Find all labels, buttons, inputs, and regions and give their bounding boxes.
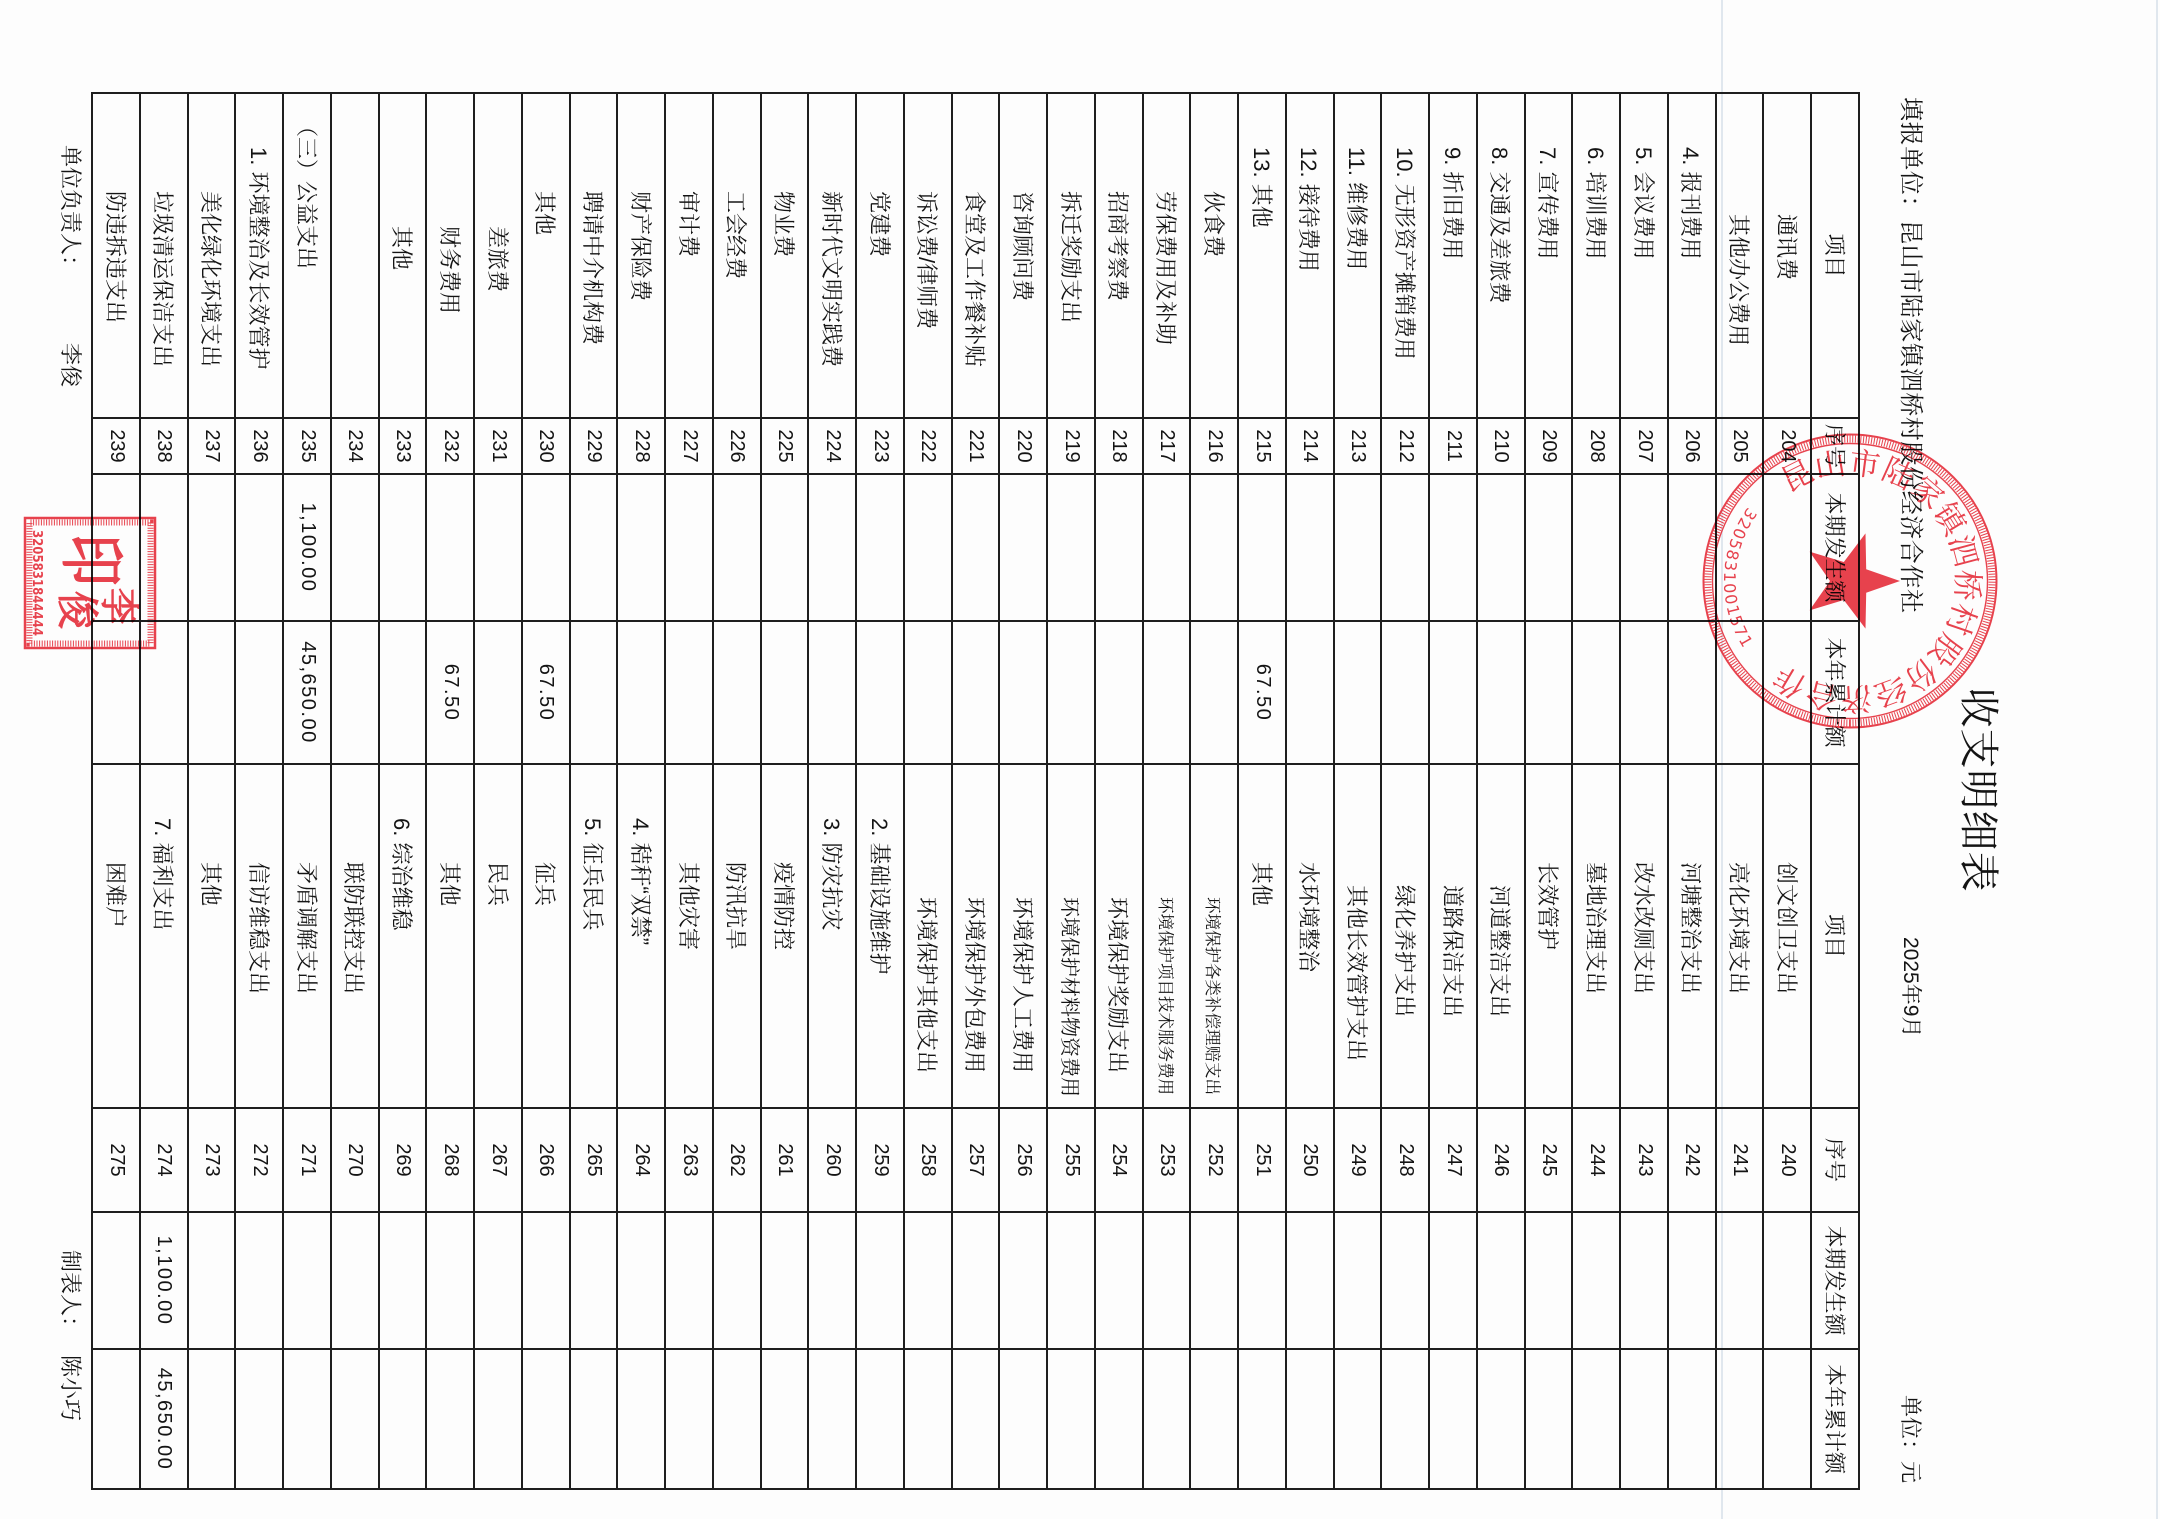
left-ytd-cell	[1573, 621, 1621, 764]
left-item-label: 劳保费用及补助	[1151, 191, 1182, 345]
header-ytd-right: 本年累计额	[1811, 1349, 1859, 1489]
left-item-label: （三）公益支出	[292, 115, 323, 269]
right-seq-cell: 264	[618, 1108, 666, 1212]
seal-char-given-name: 俊	[52, 591, 100, 629]
right-seq-cell: 259	[856, 1108, 904, 1212]
header-item-left: 项目	[1811, 93, 1859, 418]
left-ytd-cell	[1000, 621, 1048, 764]
left-seq-cell: 230	[522, 418, 570, 474]
left-item-label: 财务费用	[435, 226, 466, 314]
left-current-cell	[1525, 474, 1573, 621]
left-ytd-cell	[1047, 621, 1095, 764]
left-item-cell: 通讯费	[1764, 93, 1812, 418]
right-seq-cell: 273	[188, 1108, 236, 1212]
left-item-label: 垃圾清运保洁支出	[148, 191, 179, 367]
left-ytd-cell: 67.50	[522, 621, 570, 764]
right-ytd-cell	[92, 1349, 140, 1489]
left-current-cell	[1143, 474, 1191, 621]
header-seq-right: 序号	[1811, 1108, 1859, 1212]
left-current-cell	[522, 474, 570, 621]
right-item-cell: 4. 秸秆“双禁”	[618, 764, 666, 1108]
right-item-label: 水环境整治	[1294, 862, 1325, 972]
left-item-label: 财产保险费	[626, 191, 657, 301]
right-seq-cell: 261	[761, 1108, 809, 1212]
right-seq-cell: 249	[1334, 1108, 1382, 1212]
reporting-unit-label: 填报单位：	[1897, 97, 1924, 220]
right-ytd-cell	[1286, 1349, 1334, 1489]
right-ytd-cell	[1000, 1349, 1048, 1489]
header-item-right: 项目	[1811, 764, 1859, 1108]
seal-code-text: 3205831001571	[1720, 505, 1761, 651]
right-item-label: 墓地治理支出	[1581, 862, 1612, 994]
right-seq-cell: 254	[1095, 1108, 1143, 1212]
left-item-label: 工会经费	[721, 191, 752, 279]
right-item-label: 2. 基础设施维护	[865, 818, 896, 974]
left-seq-cell: 229	[570, 418, 618, 474]
left-item-cell: 差旅费	[474, 93, 522, 418]
right-current-cell	[1573, 1212, 1621, 1349]
table-row: 拆迁奖励支出219环境保护材料物资费用255	[1047, 93, 1095, 1489]
left-item-label: 诉讼费/律师费	[912, 191, 943, 329]
right-current-cell	[1525, 1212, 1573, 1349]
right-item-cell: 联防联控支出	[331, 764, 379, 1108]
right-item-label: 环境保护奖励支出	[1103, 897, 1134, 1073]
right-ytd-cell	[1191, 1349, 1239, 1489]
right-current-cell	[236, 1212, 284, 1349]
left-item-label: 9. 折旧费用	[1438, 147, 1469, 259]
right-item-cell: 河道整洁支出	[1477, 764, 1525, 1108]
left-seq-cell: 207	[1620, 418, 1668, 474]
left-item-cell	[331, 93, 379, 418]
right-ytd-cell: 45,650.00	[140, 1349, 188, 1489]
left-ytd-cell	[1095, 621, 1143, 764]
right-item-label: 矛盾调解支出	[292, 862, 323, 994]
right-seq-cell: 268	[427, 1108, 475, 1212]
left-ytd-cell	[1382, 621, 1430, 764]
left-current-cell	[427, 474, 475, 621]
left-item-label: 4. 报刊费用	[1676, 147, 1707, 259]
right-item-cell: 其他	[427, 764, 475, 1108]
table-header: 项目 序号 本期发生额 本年累计额 项目 序号 本期发生额 本年累计额	[1811, 93, 1859, 1489]
seal-char-surname: 李	[96, 588, 142, 624]
right-ytd-cell	[522, 1349, 570, 1489]
right-item-cell: 其他	[188, 764, 236, 1108]
left-item-cell: 财务费用	[427, 93, 475, 418]
right-item-label: 征兵	[530, 862, 561, 906]
table-row: 13. 其他21567.50其他251	[1238, 93, 1286, 1489]
left-item-cell: 9. 折旧费用	[1429, 93, 1477, 418]
left-seq-cell: 222	[904, 418, 952, 474]
left-current-cell	[952, 474, 1000, 621]
left-ytd-cell	[809, 621, 857, 764]
right-seq-cell: 245	[1525, 1108, 1573, 1212]
right-item-label: 环境保护项目技术服务费用	[1155, 897, 1179, 1095]
right-seq-cell: 252	[1191, 1108, 1239, 1212]
left-item-cell: 防违拆违支出	[92, 93, 140, 418]
right-item-label: 7. 福利支出	[148, 818, 179, 930]
right-seq-cell: 248	[1382, 1108, 1430, 1212]
left-current-cell	[1191, 474, 1239, 621]
unit-head-name: 李俊	[56, 343, 84, 387]
right-item-label: 其他灾害	[674, 862, 705, 950]
table-row: 物业费225疫情防控261	[761, 93, 809, 1489]
left-ytd-cell	[904, 621, 952, 764]
right-current-cell	[379, 1212, 427, 1349]
right-item-label: 防汛抗旱	[721, 862, 752, 950]
left-item-label: 聘请中介机构费	[578, 191, 609, 345]
right-seq-cell: 258	[904, 1108, 952, 1212]
left-ytd-cell	[665, 621, 713, 764]
right-item-label: 环境保护其他支出	[912, 897, 943, 1073]
left-item-label: 其他办公费用	[1724, 214, 1755, 346]
left-item-label: 7. 宣传费用	[1533, 147, 1564, 259]
right-current-cell	[1334, 1212, 1382, 1349]
right-current-cell	[713, 1212, 761, 1349]
left-current-cell	[1095, 474, 1143, 621]
table-row: 党建费2232. 基础设施维护259	[856, 93, 904, 1489]
right-seq-cell: 250	[1286, 1108, 1334, 1212]
left-seq-cell: 219	[1047, 418, 1095, 474]
left-current-cell	[474, 474, 522, 621]
left-item-label: 13. 其他	[1247, 147, 1278, 228]
right-item-cell: 防汛抗旱	[713, 764, 761, 1108]
right-item-label: 6. 综治维稳	[387, 818, 418, 930]
left-current-cell	[1477, 474, 1525, 621]
left-seq-cell: 221	[952, 418, 1000, 474]
table-row: 审计费227其他灾害263	[665, 93, 713, 1489]
left-item-label: 招商考察费	[1103, 191, 1134, 301]
table-row: 工会经费226防汛抗旱262	[713, 93, 761, 1489]
right-seq-cell: 255	[1047, 1108, 1095, 1212]
left-ytd-cell	[856, 621, 904, 764]
left-current-cell	[1334, 474, 1382, 621]
ledger-table: 项目 序号 本期发生额 本年累计额 项目 序号 本期发生额 本年累计额 通讯费2…	[91, 92, 1860, 1490]
left-item-cell: （三）公益支出	[283, 93, 331, 418]
left-seq-cell: 217	[1143, 418, 1191, 474]
left-seq-cell: 236	[236, 418, 284, 474]
left-item-cell: 新时代文明实践费	[809, 93, 857, 418]
seal-char-suffix: 印	[53, 534, 128, 585]
right-current-cell	[474, 1212, 522, 1349]
table-row: 聘请中介机构费2295. 征兵民兵265	[570, 93, 618, 1489]
right-ytd-cell	[1477, 1349, 1525, 1489]
left-ytd-cell	[379, 621, 427, 764]
left-item-cell: 5. 会议费用	[1620, 93, 1668, 418]
right-current-cell	[1477, 1212, 1525, 1349]
table-row: 4. 报刊费用206河塘整治支出242	[1668, 93, 1716, 1489]
left-item-cell: 4. 报刊费用	[1668, 93, 1716, 418]
left-item-label: 食堂及工作餐补贴	[960, 191, 991, 367]
right-ytd-cell	[1716, 1349, 1764, 1489]
table-row: 新时代文明实践费2243. 防灾抗灾260	[809, 93, 857, 1489]
left-seq-cell: 211	[1429, 418, 1477, 474]
left-current-cell	[1620, 474, 1668, 621]
right-ytd-cell	[856, 1349, 904, 1489]
right-item-cell: 长效管护	[1525, 764, 1573, 1108]
right-item-label: 环境保护外包费用	[960, 897, 991, 1073]
right-current-cell	[1143, 1212, 1191, 1349]
left-current-cell	[1000, 474, 1048, 621]
left-item-label: 防违拆违支出	[101, 191, 132, 323]
header-current-right: 本期发生额	[1811, 1212, 1859, 1349]
right-seq-cell: 275	[92, 1108, 140, 1212]
left-seq-cell: 224	[809, 418, 857, 474]
right-current-cell	[522, 1212, 570, 1349]
table-row: 其他23067.50征兵266	[522, 93, 570, 1489]
right-current-cell	[570, 1212, 618, 1349]
table-row: 其他办公费用205亮化环境支出241	[1716, 93, 1764, 1489]
left-seq-cell: 237	[188, 418, 236, 474]
left-seq-cell: 209	[1525, 418, 1573, 474]
right-item-cell: 环境保护其他支出	[904, 764, 952, 1108]
table-row: 12. 接待费用214水环境整治250	[1286, 93, 1334, 1489]
left-item-label: 6. 培训费用	[1581, 147, 1612, 259]
right-item-label: 道路保洁支出	[1438, 885, 1469, 1017]
right-current-cell	[761, 1212, 809, 1349]
right-item-cell: 6. 综治维稳	[379, 764, 427, 1108]
left-seq-cell: 231	[474, 418, 522, 474]
right-item-label: 信访维稳支出	[244, 862, 275, 994]
left-seq-cell: 235	[283, 418, 331, 474]
table-row: 6. 培训费用208墓地治理支出244	[1573, 93, 1621, 1489]
left-item-cell: 其他	[379, 93, 427, 418]
left-item-label: 5. 会议费用	[1629, 147, 1660, 259]
right-current-cell	[283, 1212, 331, 1349]
left-item-cell: 13. 其他	[1238, 93, 1286, 418]
right-current-cell	[856, 1212, 904, 1349]
right-item-label: 绿化养护支出	[1390, 885, 1421, 1017]
left-current-cell	[236, 474, 284, 621]
table-row: 11. 维修费用213其他长效管护支出249	[1334, 93, 1382, 1489]
right-seq-cell: 266	[522, 1108, 570, 1212]
right-item-cell: 创文创卫支出	[1764, 764, 1812, 1108]
table-row: 其他2336. 综治维稳269	[379, 93, 427, 1489]
left-seq-cell: 220	[1000, 418, 1048, 474]
left-ytd-cell	[618, 621, 666, 764]
left-item-label: 12. 接待费用	[1294, 147, 1325, 272]
right-current-cell	[1764, 1212, 1812, 1349]
right-current-cell	[1286, 1212, 1334, 1349]
left-seq-cell: 210	[1477, 418, 1525, 474]
preparer-label: 制表人：	[56, 1250, 84, 1338]
unit-head-label: 单位负责人：	[56, 145, 84, 277]
right-ytd-cell	[1334, 1349, 1382, 1489]
table-row: 食堂及工作餐补贴221环境保护外包费用257	[952, 93, 1000, 1489]
table-row: 防违拆违支出239困难户275	[92, 93, 140, 1489]
right-current-cell	[1238, 1212, 1286, 1349]
right-seq-cell: 269	[379, 1108, 427, 1212]
left-item-cell: 伙食费	[1191, 93, 1239, 418]
table-row: 诉讼费/律师费222环境保护其他支出258	[904, 93, 952, 1489]
right-current-cell	[1429, 1212, 1477, 1349]
right-item-cell: 环境保护人工费用	[1000, 764, 1048, 1108]
right-item-cell: 矛盾调解支出	[283, 764, 331, 1108]
left-item-cell: 拆迁奖励支出	[1047, 93, 1095, 418]
right-current-cell	[1191, 1212, 1239, 1349]
left-item-label: 1. 环境整治及长效管护	[244, 147, 275, 369]
left-item-label: 8. 交通及差旅费	[1485, 147, 1516, 303]
table-row: 美化绿化环境支出237其他273	[188, 93, 236, 1489]
table-row: 通讯费204创文创卫支出240	[1764, 93, 1812, 1489]
right-seq-cell: 251	[1238, 1108, 1286, 1212]
left-ytd-cell	[1334, 621, 1382, 764]
left-seq-cell: 214	[1286, 418, 1334, 474]
report-period: 2025年9月	[1896, 937, 1924, 1037]
right-seq-cell: 241	[1716, 1108, 1764, 1212]
right-item-cell: 环境保护项目技术服务费用	[1143, 764, 1191, 1108]
star-icon	[1810, 533, 1901, 628]
seal-code-text: 3205831844444	[29, 530, 44, 636]
left-ytd-cell	[1620, 621, 1668, 764]
right-current-cell	[665, 1212, 713, 1349]
left-seq-cell: 212	[1382, 418, 1430, 474]
right-item-label: 联防联控支出	[339, 862, 370, 994]
left-item-label: 拆迁奖励支出	[1056, 191, 1087, 323]
right-ytd-cell	[761, 1349, 809, 1489]
right-item-label: 其他	[196, 862, 227, 906]
right-item-label: 环境保护各类补偿理赔支出	[1202, 897, 1226, 1095]
table-row: 234联防联控支出270	[331, 93, 379, 1489]
left-current-cell	[618, 474, 666, 621]
right-item-cell: 环境保护奖励支出	[1095, 764, 1143, 1108]
right-item-label: 改水改厕支出	[1629, 862, 1660, 994]
left-item-cell: 10. 无形资产摊销费用	[1382, 93, 1430, 418]
left-item-label: 美化绿化环境支出	[196, 191, 227, 367]
right-item-label: 其他长效管护支出	[1342, 885, 1373, 1061]
right-item-cell: 困难户	[92, 764, 140, 1108]
right-seq-cell: 253	[1143, 1108, 1191, 1212]
left-item-cell: 1. 环境整治及长效管护	[236, 93, 284, 418]
right-item-cell: 5. 征兵民兵	[570, 764, 618, 1108]
right-item-cell: 墓地治理支出	[1573, 764, 1621, 1108]
right-item-cell: 民兵	[474, 764, 522, 1108]
right-item-cell: 环境保护材料物资费用	[1047, 764, 1095, 1108]
left-seq-cell: 227	[665, 418, 713, 474]
right-ytd-cell	[952, 1349, 1000, 1489]
right-ytd-cell	[427, 1349, 475, 1489]
right-seq-cell: 270	[331, 1108, 379, 1212]
right-current-cell	[331, 1212, 379, 1349]
left-ytd-cell	[331, 621, 379, 764]
right-seq-cell: 244	[1573, 1108, 1621, 1212]
right-ytd-cell	[713, 1349, 761, 1489]
right-item-label: 创文创卫支出	[1772, 862, 1803, 994]
table-row: 垃圾清运保洁支出2387. 福利支出2741,100.0045,650.00	[140, 93, 188, 1489]
right-ytd-cell	[618, 1349, 666, 1489]
left-item-label: 咨询顾问费	[1008, 191, 1039, 301]
left-seq-cell: 233	[379, 418, 427, 474]
left-ytd-cell	[952, 621, 1000, 764]
table-row: （三）公益支出2351,100.0045,650.00矛盾调解支出271	[283, 93, 331, 1489]
left-item-cell: 其他办公费用	[1716, 93, 1764, 418]
left-current-cell	[1382, 474, 1430, 621]
right-current-cell	[1095, 1212, 1143, 1349]
right-seq-cell: 260	[809, 1108, 857, 1212]
left-item-cell: 6. 培训费用	[1573, 93, 1621, 418]
left-current-cell	[1429, 474, 1477, 621]
right-item-cell: 疫情防控	[761, 764, 809, 1108]
left-current-cell: 1,100.00	[283, 474, 331, 621]
left-seq-cell: 215	[1238, 418, 1286, 474]
right-current-cell	[809, 1212, 857, 1349]
table-row: 差旅费231民兵267	[474, 93, 522, 1489]
right-ytd-cell	[1047, 1349, 1095, 1489]
left-ytd-cell	[1286, 621, 1334, 764]
left-ytd-cell	[713, 621, 761, 764]
header-row: 项目 序号 本期发生额 本年累计额 项目 序号 本期发生额 本年累计额	[1811, 93, 1859, 1489]
left-item-cell: 8. 交通及差旅费	[1477, 93, 1525, 418]
right-seq-cell: 267	[474, 1108, 522, 1212]
left-item-cell: 其他	[522, 93, 570, 418]
right-current-cell	[618, 1212, 666, 1349]
left-item-label: 10. 无形资产摊销费用	[1390, 147, 1421, 360]
right-seq-cell: 242	[1668, 1108, 1716, 1212]
table-row: 5. 会议费用207改水改厕支出243	[1620, 93, 1668, 1489]
right-seq-cell: 256	[1000, 1108, 1048, 1212]
right-item-label: 亮化环境支出	[1724, 862, 1755, 994]
right-seq-cell: 263	[665, 1108, 713, 1212]
left-item-cell: 诉讼费/律师费	[904, 93, 952, 418]
table-row: 7. 宣传费用209长效管护245	[1525, 93, 1573, 1489]
left-seq-cell: 208	[1573, 418, 1621, 474]
right-current-cell	[952, 1212, 1000, 1349]
right-ytd-cell	[474, 1349, 522, 1489]
table-body: 通讯费204创文创卫支出240其他办公费用205亮化环境支出2414. 报刊费用…	[92, 93, 1811, 1489]
right-ytd-cell	[1143, 1349, 1191, 1489]
left-ytd-cell	[761, 621, 809, 764]
right-seq-cell: 272	[236, 1108, 284, 1212]
left-item-label: 通讯费	[1772, 214, 1803, 280]
left-current-cell	[856, 474, 904, 621]
left-seq-cell: 213	[1334, 418, 1382, 474]
left-item-cell: 党建费	[856, 93, 904, 418]
right-item-cell: 其他长效管护支出	[1334, 764, 1382, 1108]
right-item-label: 河道整洁支出	[1485, 885, 1516, 1017]
table-row: 财务费用23267.50其他268	[427, 93, 475, 1489]
left-current-cell	[331, 474, 379, 621]
left-seq-cell: 239	[92, 418, 140, 474]
left-current-cell	[570, 474, 618, 621]
right-ytd-cell	[1668, 1349, 1716, 1489]
seal-name-text: 昆山市陆家镇泗桥村股份经济合作社	[1767, 431, 2000, 717]
left-item-cell: 咨询顾问费	[1000, 93, 1048, 418]
right-ytd-cell	[1620, 1349, 1668, 1489]
left-item-cell: 食堂及工作餐补贴	[952, 93, 1000, 418]
right-seq-cell: 271	[283, 1108, 331, 1212]
table-row: 10. 无形资产摊销费用212绿化养护支出248	[1382, 93, 1430, 1489]
left-item-cell: 财产保险费	[618, 93, 666, 418]
right-item-label: 长效管护	[1533, 862, 1564, 950]
right-seq-cell: 247	[1429, 1108, 1477, 1212]
left-current-cell	[1286, 474, 1334, 621]
left-seq-cell: 225	[761, 418, 809, 474]
left-item-label: 审计费	[674, 191, 705, 257]
left-current-cell	[904, 474, 952, 621]
table-row: 咨询顾问费220环境保护人工费用256	[1000, 93, 1048, 1489]
left-item-label: 其他	[387, 226, 418, 270]
left-item-cell: 招商考察费	[1095, 93, 1143, 418]
left-current-cell	[379, 474, 427, 621]
right-seq-cell: 246	[1477, 1108, 1525, 1212]
right-item-cell: 信访维稳支出	[236, 764, 284, 1108]
page-title: 收支明细表	[1956, 92, 2000, 1488]
right-current-cell	[92, 1212, 140, 1349]
right-ytd-cell	[665, 1349, 713, 1489]
table-row: 8. 交通及差旅费210河道整洁支出246	[1477, 93, 1525, 1489]
left-seq-cell: 238	[140, 418, 188, 474]
right-seq-cell: 262	[713, 1108, 761, 1212]
right-ytd-cell	[379, 1349, 427, 1489]
